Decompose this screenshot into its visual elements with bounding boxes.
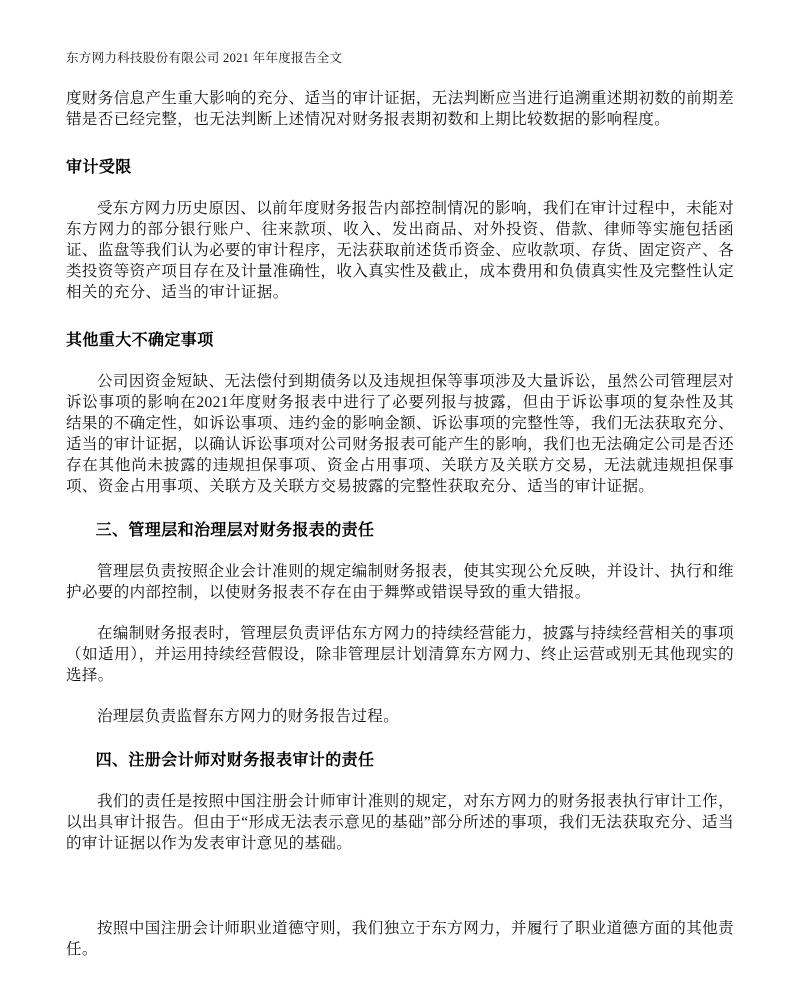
paragraph-management-prepare-statements: 管理层负责按照企业会计准则的规定编制财务报表，使其实现公允反映，并设计、执行和维… [66,561,734,603]
paragraph-audit-restricted-body: 受东方网力历史原因、以前年度财务报告内部控制情况的影响，我们在审计过程中，未能对… [66,198,734,303]
paragraph-governance-oversight: 治理层负责监督东方网力的财务报告过程。 [66,706,734,727]
paragraph-auditor-responsibility-body: 我们的责任是按照中国注册会计师审计准则的规定，对东方网力的财务报表执行审计工作，… [66,791,734,854]
heading-section-4-auditor-responsibility: 四、注册会计师对财务报表审计的责任 [66,750,734,771]
report-page: 东方网力科技股份有限公司 2021 年年度报告全文 度财务信息产生重大影响的充分… [0,0,800,1008]
heading-other-major-uncertainties: 其他重大不确定事项 [66,330,734,351]
paragraph-other-major-uncertainties-body: 公司因资金短缺、无法偿付到期债务以及违规担保等事项涉及大量诉讼，虽然公司管理层对… [66,371,734,497]
paragraph-going-concern-assessment: 在编制财务报表时，管理层负责评估东方网力的持续经营能力，披露与持续经营相关的事项… [66,623,734,686]
page-header: 东方网力科技股份有限公司 2021 年年度报告全文 [66,50,734,67]
paragraph-ethics-independence: 按照中国注册会计师职业道德守则，我们独立于东方网力，并履行了职业道德方面的其他责… [66,918,734,960]
paragraph-audit-evidence-continuation: 度财务信息产生重大影响的充分、适当的审计证据，无法判断应当进行追溯重述期初数的前… [66,88,734,130]
heading-audit-restricted: 审计受限 [66,157,734,178]
heading-section-3-management-responsibility: 三、管理层和治理层对财务报表的责任 [66,520,734,541]
